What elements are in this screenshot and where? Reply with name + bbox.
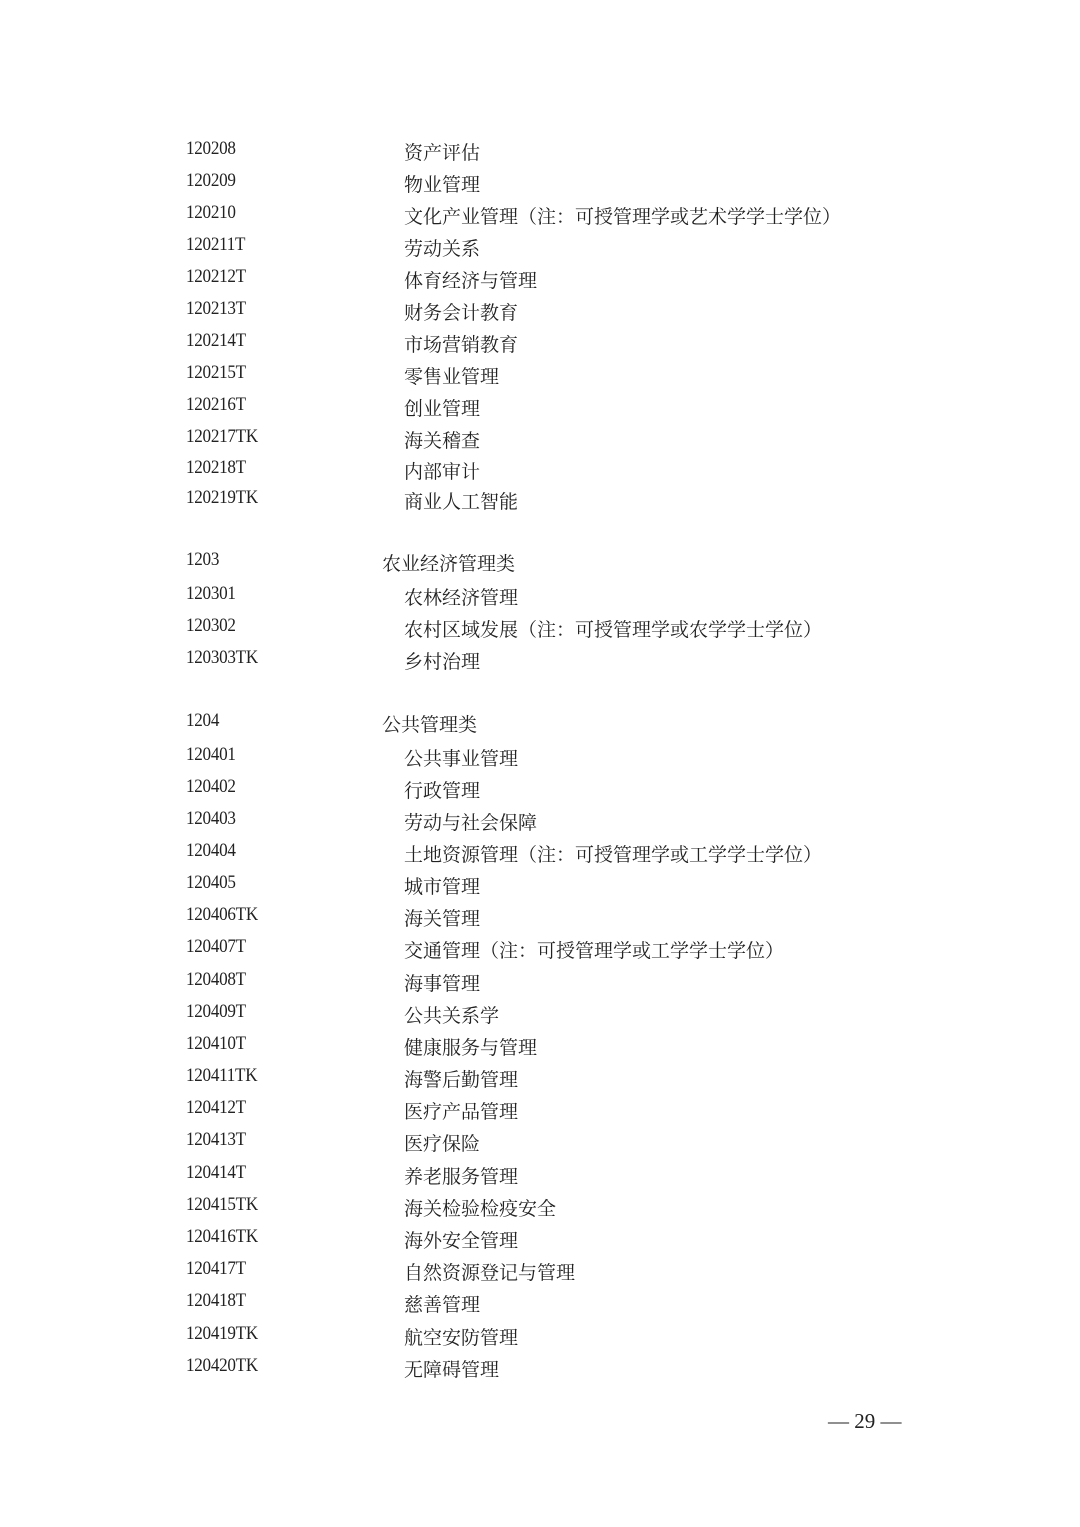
major-row: 120405城市管理 (0, 872, 1080, 904)
major-row: 120412T医疗产品管理 (0, 1097, 1080, 1129)
major-name: 土地资源管理（注：可授管理学或工学学士学位） (404, 840, 822, 867)
major-row: 120302农村区域发展（注：可授管理学或农学学士学位） (0, 615, 1080, 647)
major-name: 市场营销教育 (404, 330, 518, 357)
major-name: 商业人工智能 (404, 487, 518, 514)
major-name: 慈善管理 (404, 1290, 480, 1317)
major-row: 120415TK海关检验检疫安全 (0, 1194, 1080, 1226)
major-row: 120209物业管理 (0, 170, 1080, 202)
major-name: 无障碍管理 (404, 1355, 499, 1382)
major-code: 120410T (186, 1033, 246, 1055)
major-code: 120402 (186, 776, 236, 798)
major-name: 海关稽查 (404, 426, 480, 453)
major-code: 120219TK (186, 487, 258, 509)
page-number: — 29 — (828, 1409, 902, 1434)
major-name: 公共关系学 (404, 1001, 499, 1028)
major-code: 120418T (186, 1290, 246, 1312)
major-name: 海关管理 (404, 904, 480, 931)
major-code: 1203 (186, 549, 219, 571)
major-row: 120210文化产业管理（注：可授管理学或艺术学学士学位） (0, 202, 1080, 234)
major-name: 养老服务管理 (404, 1162, 518, 1189)
major-code: 120214T (186, 330, 246, 352)
major-code: 120208 (186, 138, 236, 160)
major-row: 120212T体育经济与管理 (0, 266, 1080, 298)
major-name: 物业管理 (404, 170, 480, 197)
major-row: 120420TK无障碍管理 (0, 1355, 1080, 1387)
major-code: 120419TK (186, 1323, 258, 1345)
major-name: 资产评估 (404, 138, 480, 165)
major-code: 120212T (186, 266, 246, 288)
major-name: 劳动与社会保障 (404, 808, 537, 835)
major-name: 农业经济管理类 (382, 549, 515, 576)
major-row: 120419TK航空安防管理 (0, 1323, 1080, 1355)
major-row: 120411TK海警后勤管理 (0, 1065, 1080, 1097)
major-code: 120209 (186, 170, 236, 192)
major-row: 120211T劳动关系 (0, 234, 1080, 266)
major-row: 120407T交通管理（注：可授管理学或工学学士学位） (0, 936, 1080, 968)
major-row: 120218T内部审计 (0, 457, 1080, 489)
major-code: 120407T (186, 936, 246, 958)
major-name: 创业管理 (404, 394, 480, 421)
major-code: 120302 (186, 615, 236, 637)
major-row: 120217TK海关稽查 (0, 426, 1080, 458)
major-name: 健康服务与管理 (404, 1033, 537, 1060)
major-code: 120213T (186, 298, 246, 320)
major-code: 120406TK (186, 904, 258, 926)
major-code: 120413T (186, 1129, 246, 1151)
major-code: 1204 (186, 710, 219, 732)
major-code: 120405 (186, 872, 236, 894)
major-row: 120413T医疗保险 (0, 1129, 1080, 1161)
major-code: 120218T (186, 457, 246, 479)
major-row: 120401公共事业管理 (0, 744, 1080, 776)
major-row: 120414T养老服务管理 (0, 1162, 1080, 1194)
major-name: 体育经济与管理 (404, 266, 537, 293)
major-row: 120403劳动与社会保障 (0, 808, 1080, 840)
major-code: 120417T (186, 1258, 246, 1280)
major-code: 120411TK (186, 1065, 257, 1087)
major-code: 120412T (186, 1097, 246, 1119)
major-row: 120417T自然资源登记与管理 (0, 1258, 1080, 1290)
category-row: 1204公共管理类 (0, 710, 1080, 742)
major-row: 120208资产评估 (0, 138, 1080, 170)
major-row: 120215T零售业管理 (0, 362, 1080, 394)
major-row: 120213T财务会计教育 (0, 298, 1080, 330)
major-name: 农林经济管理 (404, 583, 518, 610)
major-name: 海外安全管理 (404, 1226, 518, 1253)
major-name: 交通管理（注：可授管理学或工学学士学位） (404, 936, 784, 963)
major-row: 120410T健康服务与管理 (0, 1033, 1080, 1065)
major-name: 财务会计教育 (404, 298, 518, 325)
major-row: 120406TK海关管理 (0, 904, 1080, 936)
major-row: 120219TK商业人工智能 (0, 487, 1080, 519)
major-row: 120409T公共关系学 (0, 1001, 1080, 1033)
major-row: 120404土地资源管理（注：可授管理学或工学学士学位） (0, 840, 1080, 872)
major-row: 120408T海事管理 (0, 969, 1080, 1001)
document-page: 120208资产评估120209物业管理120210文化产业管理（注：可授管理学… (0, 0, 1080, 1527)
major-row: 120418T慈善管理 (0, 1290, 1080, 1322)
major-code: 120401 (186, 744, 236, 766)
major-row: 120216T创业管理 (0, 394, 1080, 426)
major-name: 医疗产品管理 (404, 1097, 518, 1124)
major-code: 120420TK (186, 1355, 258, 1377)
major-code: 120216T (186, 394, 246, 416)
major-code: 120404 (186, 840, 236, 862)
major-code: 120409T (186, 1001, 246, 1023)
major-name: 城市管理 (404, 872, 480, 899)
major-name: 行政管理 (404, 776, 480, 803)
major-name: 乡村治理 (404, 647, 480, 674)
major-name: 农村区域发展（注：可授管理学或农学学士学位） (404, 615, 822, 642)
major-row: 120402行政管理 (0, 776, 1080, 808)
major-name: 公共事业管理 (404, 744, 518, 771)
major-code: 120211T (186, 234, 245, 256)
major-row: 120214T市场营销教育 (0, 330, 1080, 362)
major-name: 自然资源登记与管理 (404, 1258, 575, 1285)
major-name: 海警后勤管理 (404, 1065, 518, 1092)
major-name: 公共管理类 (382, 710, 477, 737)
major-code: 120217TK (186, 426, 258, 448)
major-code: 120403 (186, 808, 236, 830)
major-name: 劳动关系 (404, 234, 480, 261)
major-code: 120303TK (186, 647, 258, 669)
major-code: 120416TK (186, 1226, 258, 1248)
major-name: 海关检验检疫安全 (404, 1194, 556, 1221)
category-row: 1203农业经济管理类 (0, 549, 1080, 581)
major-row: 120303TK乡村治理 (0, 647, 1080, 679)
major-name: 内部审计 (404, 457, 480, 484)
major-code: 120408T (186, 969, 246, 991)
major-name: 医疗保险 (404, 1129, 480, 1156)
major-name: 海事管理 (404, 969, 480, 996)
major-name: 文化产业管理（注：可授管理学或艺术学学士学位） (404, 202, 841, 229)
major-code: 120210 (186, 202, 236, 224)
major-row: 120416TK海外安全管理 (0, 1226, 1080, 1258)
major-code: 120415TK (186, 1194, 258, 1216)
major-name: 零售业管理 (404, 362, 499, 389)
major-code: 120414T (186, 1162, 246, 1184)
major-code: 120215T (186, 362, 246, 384)
major-name: 航空安防管理 (404, 1323, 518, 1350)
major-row: 120301农林经济管理 (0, 583, 1080, 615)
major-code: 120301 (186, 583, 236, 605)
